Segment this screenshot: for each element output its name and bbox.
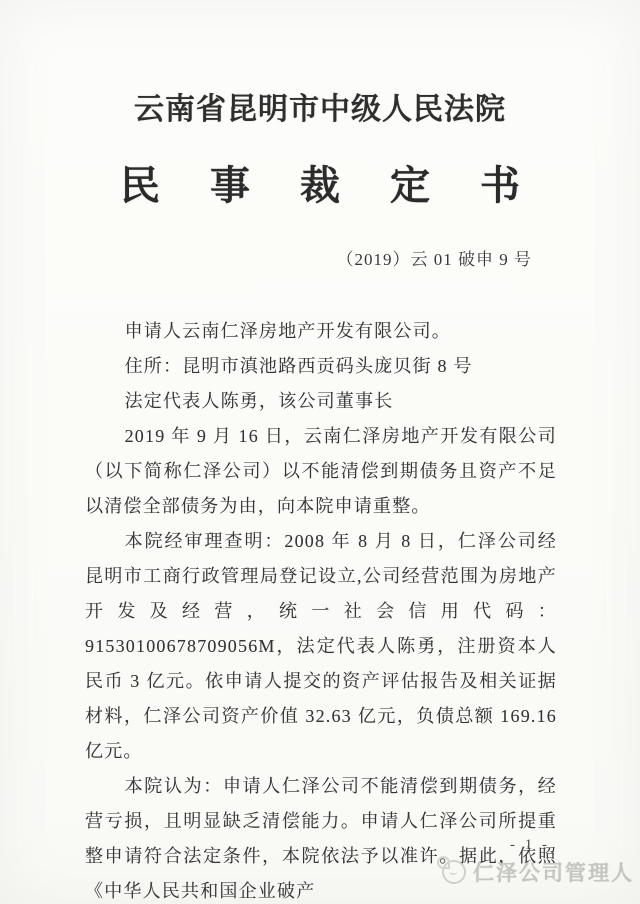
case-number: （2019）云 01 破申 9 号	[0, 245, 640, 270]
watermark-text: 仁泽公司管理人	[473, 857, 634, 887]
paragraph-applicant: 申请人云南仁泽房地产开发有限公司。	[85, 314, 557, 349]
document-title: 民 事 裁 定 书	[0, 154, 640, 211]
page-number: - 1 -	[0, 837, 640, 854]
manager-watermark: 仁泽公司管理人	[442, 857, 634, 887]
paragraph-court-findings: 本院经审理查明：2008 年 8 月 8 日，仁泽公司经昆明市工商行政管理局登记…	[85, 524, 557, 769]
paragraph-legal-representative: 法定代表人陈勇，该公司董事长	[85, 384, 557, 419]
document-body: 申请人云南仁泽房地产开发有限公司。 住所：昆明市滇池路西贡码头庞贝街 8 号 法…	[85, 314, 557, 904]
document-page: 云南省昆明市中级人民法院 民 事 裁 定 书 （2019）云 01 破申 9 号…	[0, 0, 640, 904]
court-title: 云南省昆明市中级人民法院	[0, 0, 640, 128]
paragraph-address: 住所：昆明市滇池路西贡码头庞贝街 8 号	[85, 349, 557, 384]
company-logo-icon	[442, 860, 466, 884]
paragraph-application: 2019 年 9 月 16 日，云南仁泽房地产开发有限公司（以下简称仁泽公司）以…	[85, 419, 557, 524]
